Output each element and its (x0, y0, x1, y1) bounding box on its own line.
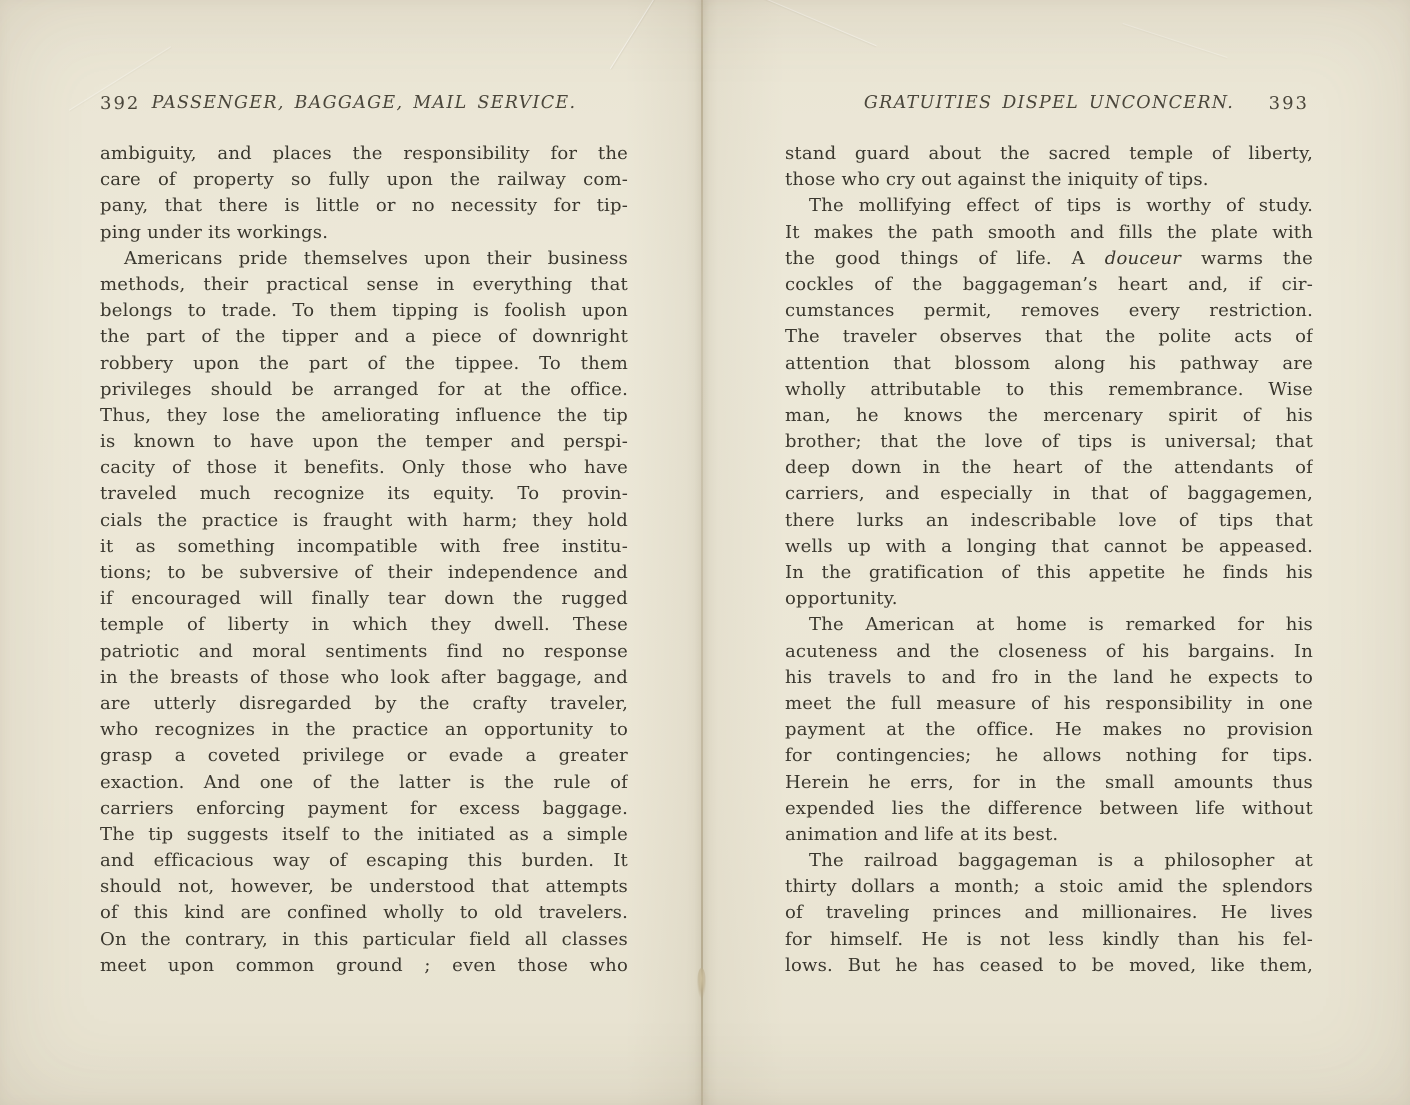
text-line: man, he knows the mercenary spirit of hi… (785, 403, 1313, 429)
text-line: carriers enforcing payment for excess ba… (100, 796, 628, 822)
text-line: those who cry out against the iniquity o… (785, 167, 1313, 193)
text-line: for contingencies; he allows nothing for… (785, 743, 1313, 769)
text-line: Thus, they lose the ameliorating influen… (100, 403, 628, 429)
text-line: On the contrary, in this particular fiel… (100, 927, 628, 953)
text-line: cials the practice is fraught with harm;… (100, 508, 628, 534)
text-line: there lurks an indescribable love of tip… (785, 508, 1313, 534)
body-text-left: ambiguity, and places the responsibility… (100, 141, 628, 979)
text-line: who recognizes in the practice an opport… (100, 717, 628, 743)
text-line: if encouraged will finally tear down the… (100, 586, 628, 612)
text-line: The traveler observes that the polite ac… (785, 324, 1313, 350)
text-line: The tip suggests itself to the initiated… (100, 822, 628, 848)
text-line: his travels to and fro in the land he ex… (785, 665, 1313, 691)
text-line: The railroad baggageman is a philosopher… (785, 848, 1313, 874)
running-header-right: GRATUITIES DISPEL UNCONCERN. 393 (785, 93, 1313, 117)
text-line: exaction. And one of the latter is the r… (100, 770, 628, 796)
text-line: is known to have upon the temper and per… (100, 429, 628, 455)
text-line: robbery upon the part of the tippee. To … (100, 351, 628, 377)
text-line: lows. But he has ceased to be moved, lik… (785, 953, 1313, 979)
text-line: it as something incompatible with free i… (100, 534, 628, 560)
text-line: the part of the tipper and a piece of do… (100, 324, 628, 350)
text-line: cacity of those it benefits. Only those … (100, 455, 628, 481)
page-number-left: 392 (100, 93, 140, 114)
text-line: carriers, and especially in that of bagg… (785, 481, 1313, 507)
book-spread: 392 PASSENGER, BAGGAGE, MAIL SERVICE. am… (0, 0, 1410, 1105)
page-right: GRATUITIES DISPEL UNCONCERN. 393 stand g… (705, 0, 1410, 1105)
text-line: wells up with a longing that cannot be a… (785, 534, 1313, 560)
text-line: Herein he errs, for in the small amounts… (785, 770, 1313, 796)
text-line: for himself. He is not less kindly than … (785, 927, 1313, 953)
text-line: It makes the path smooth and fills the p… (785, 220, 1313, 246)
body-text-right: stand guard about the sacred temple of l… (785, 141, 1313, 979)
text-line: and efficacious way of escaping this bur… (100, 848, 628, 874)
page-number-right: 393 (1269, 93, 1309, 114)
text-line: ambiguity, and places the responsibility… (100, 141, 628, 167)
page-left: 392 PASSENGER, BAGGAGE, MAIL SERVICE. am… (0, 0, 705, 1105)
running-title-left: PASSENGER, BAGGAGE, MAIL SERVICE. (152, 93, 577, 113)
text-line: temple of liberty in which they dwell. T… (100, 612, 628, 638)
text-line: expended lies the difference between lif… (785, 796, 1313, 822)
page-left-text-block: 392 PASSENGER, BAGGAGE, MAIL SERVICE. am… (100, 0, 628, 979)
text-line: pany, that there is little or no necessi… (100, 193, 628, 219)
text-line: grasp a coveted privilege or evade a gre… (100, 743, 628, 769)
text-line: care of property so fully upon the railw… (100, 167, 628, 193)
text-line: Americans pride themselves upon their bu… (100, 246, 628, 272)
text-line: tions; to be subversive of their indepen… (100, 560, 628, 586)
text-line: thirty dollars a month; a stoic amid the… (785, 874, 1313, 900)
running-title-right: GRATUITIES DISPEL UNCONCERN. (864, 93, 1234, 113)
text-line: in the breasts of those who look after b… (100, 665, 628, 691)
text-line: traveled much recognize its equity. To p… (100, 481, 628, 507)
text-line: opportunity. (785, 586, 1313, 612)
text-line: In the gratification of this appetite he… (785, 560, 1313, 586)
text-line: of this kind are confined wholly to old … (100, 900, 628, 926)
text-line: attention that blossom along his pathway… (785, 351, 1313, 377)
text-line: animation and life at its best. (785, 822, 1313, 848)
text-line: cumstances permit, removes every restric… (785, 298, 1313, 324)
text-line: payment at the office. He makes no provi… (785, 717, 1313, 743)
text-line: cockles of the baggageman’s heart and, i… (785, 272, 1313, 298)
text-line: are utterly disregarded by the crafty tr… (100, 691, 628, 717)
text-line: of traveling princes and millionaires. H… (785, 900, 1313, 926)
text-line: The American at home is remarked for his (785, 612, 1313, 638)
text-line: meet the full measure of his responsibil… (785, 691, 1313, 717)
text-line: wholly attributable to this remembrance.… (785, 377, 1313, 403)
text-line: acuteness and the closeness of his barga… (785, 639, 1313, 665)
text-line: deep down in the heart of the attendants… (785, 455, 1313, 481)
text-line: should not, however, be understood that … (100, 874, 628, 900)
text-line: belongs to trade. To them tipping is foo… (100, 298, 628, 324)
text-line: methods, their practical sense in everyt… (100, 272, 628, 298)
page-right-text-block: GRATUITIES DISPEL UNCONCERN. 393 stand g… (785, 0, 1313, 979)
text-line: patriotic and moral sentiments find no r… (100, 639, 628, 665)
text-line: The mollifying effect of tips is worthy … (785, 193, 1313, 219)
text-line: brother; that the love of tips is univer… (785, 429, 1313, 455)
running-header-left: 392 PASSENGER, BAGGAGE, MAIL SERVICE. (100, 93, 628, 117)
text-line: stand guard about the sacred temple of l… (785, 141, 1313, 167)
text-line: the good things of life. A douceur warms… (785, 246, 1313, 272)
text-line: meet upon common ground ; even those who (100, 953, 628, 979)
text-line: privileges should be arranged for at the… (100, 377, 628, 403)
text-line: ping under its workings. (100, 220, 628, 246)
